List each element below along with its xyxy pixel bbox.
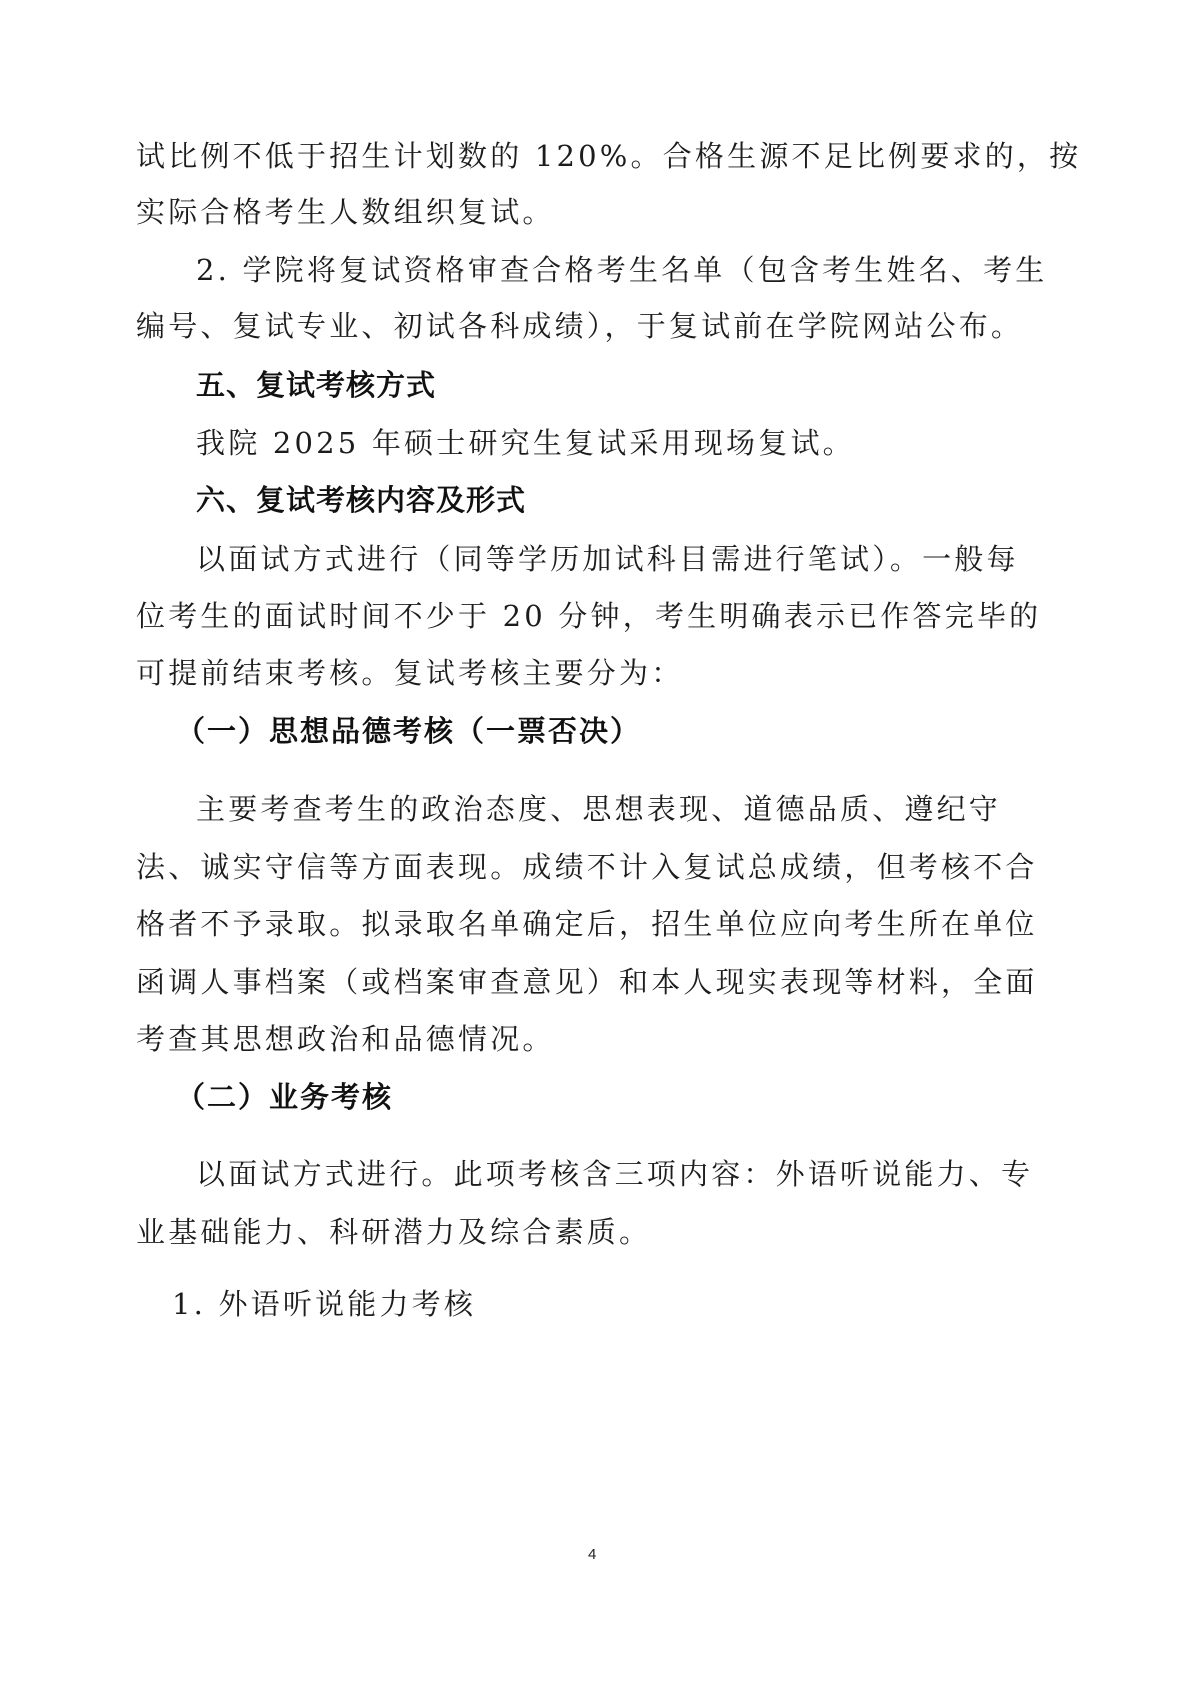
paragraph-line: 格者不予录取。拟录取名单确定后，招生单位应向考生所在单位 <box>136 910 1038 939</box>
paragraph-line: 以面试方式进行。此项考核含三项内容：外语听说能力、专 <box>196 1160 1033 1189</box>
paragraph-line: 函调人事档案（或档案审查意见）和本人现实表现等材料，全面 <box>136 968 1038 997</box>
paragraph-line: 位考生的面试时间不少于 20 分钟，考生明确表示已作答完毕的 <box>136 602 1041 631</box>
subsection-heading-1: （一）思想品德考核（一票否决） <box>176 717 641 746</box>
paragraph-line: 法、诚实守信等方面表现。成绩不计入复试总成绩，但考核不合 <box>136 853 1038 882</box>
subsection-heading-2: （二）业务考核 <box>176 1083 393 1112</box>
list-item-heading: 1. 外语听说能力考核 <box>172 1290 476 1319</box>
paragraph-line: 试比例不低于招生计划数的 120%。合格生源不足比例要求的，按 <box>136 142 1081 171</box>
paragraph-line: 2. 学院将复试资格审查合格考生名单（包含考生姓名、考生 <box>196 256 1048 285</box>
paragraph-line: 我院 2025 年硕士研究生复试采用现场复试。 <box>196 429 855 458</box>
paragraph-line: 业基础能力、科研潜力及综合素质。 <box>136 1218 651 1247</box>
paragraph-line: 考查其思想政治和品德情况。 <box>136 1025 555 1054</box>
paragraph-line: 主要考查考生的政治态度、思想表现、道德品质、遵纪守 <box>196 795 1001 824</box>
page-number: 4 <box>588 1546 596 1563</box>
paragraph-line: 可提前结束考核。复试考核主要分为： <box>136 659 683 688</box>
document-page: 试比例不低于招生计划数的 120%。合格生源不足比例要求的，按 实际合格考生人数… <box>0 0 1190 1683</box>
section-heading-6: 六、复试考核内容及形式 <box>196 486 526 515</box>
section-heading-5: 五、复试考核方式 <box>196 371 436 400</box>
paragraph-line: 实际合格考生人数组织复试。 <box>136 198 555 227</box>
paragraph-line: 编号、复试专业、初试各科成绩），于复试前在学院网站公布。 <box>136 312 1023 341</box>
paragraph-line: 以面试方式进行（同等学历加试科目需进行笔试）。一般每 <box>196 545 1019 574</box>
